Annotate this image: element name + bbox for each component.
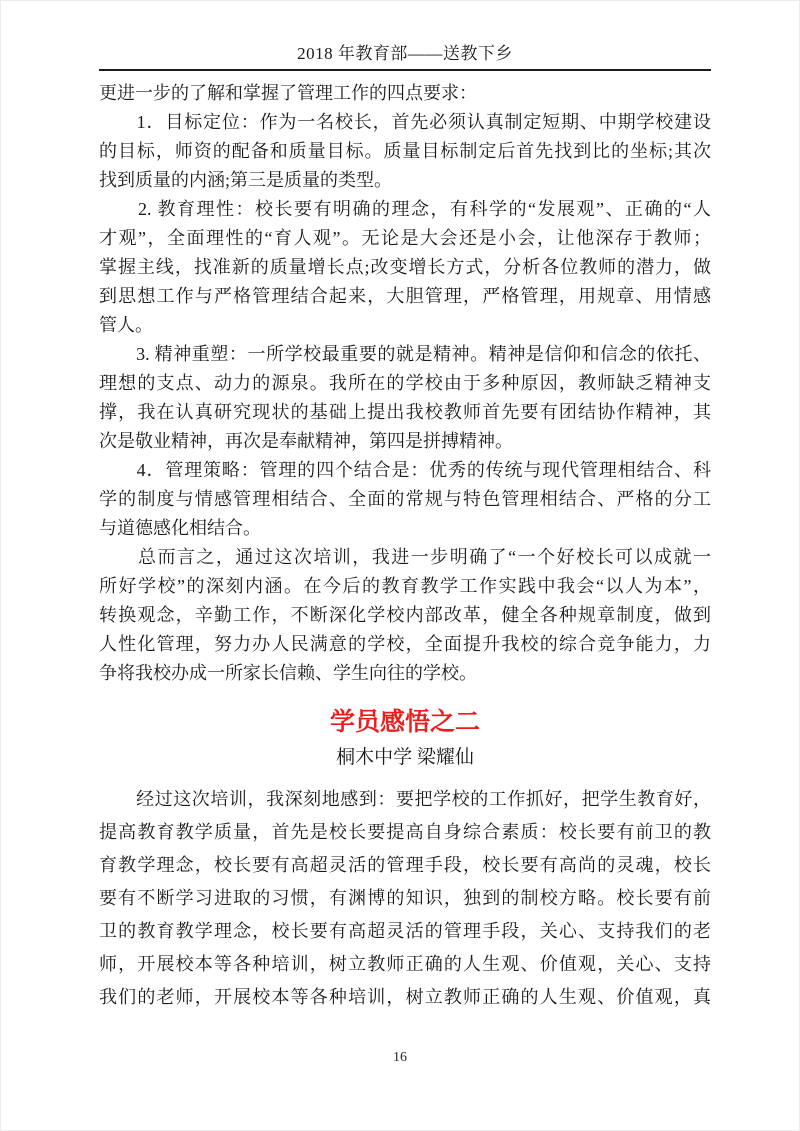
text-line: 总而言之，通过这次培训，我进一步明确了“一个好校长可以成就一 <box>99 543 711 572</box>
text-line: 育教学理念，校长要有高超灵活的管理手段，校长要有高尚的灵魂，校长 <box>99 849 711 882</box>
page-number: 16 <box>1 1050 799 1066</box>
text-line: 撑，我在认真研究现状的基础上提出我校教师首先要有团结协作精神，其 <box>99 398 711 427</box>
text-line: 卫的教育教学理念，校长要有高超灵活的管理手段，关心、支持我们的老 <box>99 915 711 948</box>
text-line: 提高教育教学质量，首先是校长要提高自身综合素质：校长要有前卫的教 <box>99 816 711 849</box>
essay-one-body: 更进一步的了解和掌握了管理工作的四点要求： 1．目标定位：作为一名校长，首先必须… <box>99 79 711 688</box>
text-line: 师，开展校本等各种培训，树立教师正确的人生观、价值观，关心、支持 <box>99 948 711 981</box>
text-line: 争将我校办成一所家长信赖、学生向往的学校。 <box>99 659 711 688</box>
text-line: 我们的老师，开展校本等各种培训，树立教师正确的人生观、价值观，真 <box>99 981 711 1014</box>
text-line: 转换观念，辛勤工作，不断深化学校内部改革，健全各种规章制度，做到 <box>99 601 711 630</box>
text-line: 3. 精神重塑：一所学校最重要的就是精神。精神是信仰和信念的依托、 <box>99 340 711 369</box>
text-line: 学的制度与情感管理相结合、全面的常规与特色管理相结合、严格的分工 <box>99 485 711 514</box>
text-line: 2. 教育理性：校长要有明确的理念，有科学的“发展观”、正确的“人 <box>99 195 711 224</box>
text-line: 与道德感化相结合。 <box>99 514 711 543</box>
text-line: 找到质量的内涵;第三是质量的类型。 <box>99 166 711 195</box>
text-line: 经过这次培训，我深刻地感到：要把学校的工作抓好，把学生教育好， <box>99 783 711 816</box>
text-line: 1．目标定位：作为一名校长，首先必须认真制定短期、中期学校建设 <box>99 108 711 137</box>
text-line: 人性化管理，努力办人民满意的学校，全面提升我校的综合竞争能力，力 <box>99 630 711 659</box>
text-line: 所好学校”的深刻内涵。在今后的教育教学工作实践中我会“以人为本”， <box>99 572 711 601</box>
essay-two-body: 经过这次培训，我深刻地感到：要把学校的工作抓好，把学生教育好，提高教育教学质量，… <box>99 783 711 1014</box>
document-page: 2018 年教育部——送教下乡 更进一步的了解和掌握了管理工作的四点要求： 1．… <box>0 0 800 1131</box>
text-line: 4．管理策略：管理的四个结合是：优秀的传统与现代管理相结合、科 <box>99 456 711 485</box>
text-line: 才观”，全面理性的“育人观”。无论是大会还是小会，让他深存于教师； <box>99 224 711 253</box>
text-line: 更进一步的了解和掌握了管理工作的四点要求： <box>99 79 711 108</box>
section-title: 学员感悟之二 <box>99 706 711 738</box>
header-rule <box>99 69 711 71</box>
section-subtitle: 桐木中学 梁耀仙 <box>99 745 711 771</box>
text-line: 的目标，师资的配备和质量目标。质量目标制定后首先找到比的坐标;其次 <box>99 137 711 166</box>
text-line: 理想的支点、动力的源泉。我所在的学校由于多种原因，教师缺乏精神支 <box>99 369 711 398</box>
text-line: 到思想工作与严格管理结合起来，大胆管理，严格管理，用规章、用情感 <box>99 282 711 311</box>
text-line: 掌握主线，找准新的质量增长点;改变增长方式，分析各位教师的潜力，做 <box>99 253 711 282</box>
text-line: 要有不断学习进取的习惯，有渊博的知识，独到的制校方略。校长要有前 <box>99 882 711 915</box>
text-line: 次是敬业精神，再次是奉献精神，第四是拼搏精神。 <box>99 427 711 456</box>
text-line: 管人。 <box>99 311 711 340</box>
page-header: 2018 年教育部——送教下乡 <box>99 43 711 65</box>
